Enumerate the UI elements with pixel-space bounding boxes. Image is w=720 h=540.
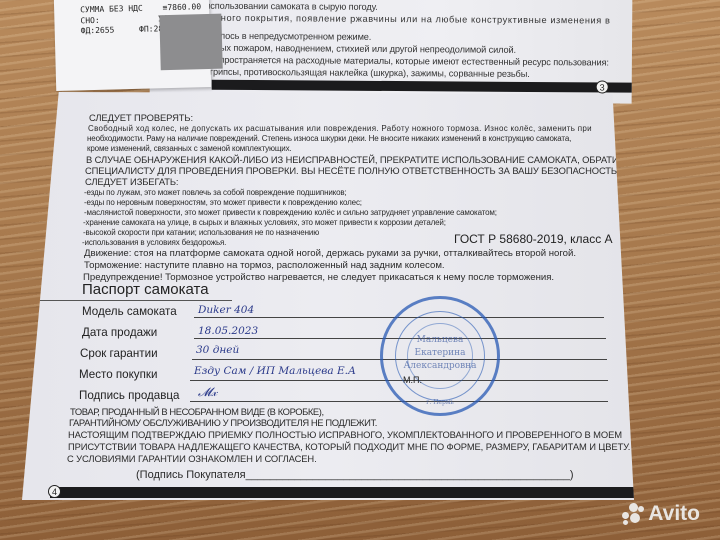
- page-number-4: 4: [48, 485, 61, 498]
- avito-logo-icon: [621, 503, 645, 525]
- passport-title: Паспорт самоката: [82, 281, 209, 298]
- avoid-item: -использования в условиях бездорожья.: [82, 238, 226, 247]
- avoid-item: -высокой скорости при катании; использов…: [83, 228, 319, 237]
- terms-line: ГАРАНТИЙНОМУ ОБСЛУЖИВАНИЮ У ПРОИЗВОДИТЕЛ…: [69, 417, 377, 428]
- terms-line: С УСЛОВИЯМИ ГАРАНТИИ ОЗНАКОМЛЕН И СОГЛАС…: [67, 453, 317, 464]
- field-label-model: Модель самоката: [82, 305, 177, 318]
- page3-line: распространяется на расходные материалы,…: [205, 55, 609, 68]
- terms-line: ПРИСУТСТВИИ ТОВАРА НАДЛЕЖАЩЕГО КАЧЕСТВА,…: [68, 441, 630, 452]
- terms-line: ТОВАР, ПРОДАННЫЙ В НЕСОБРАННОМ ВИДЕ (В К…: [70, 406, 324, 417]
- field-value-place: Езду Сам / ИП Мальцева Е.А: [194, 365, 356, 377]
- check-line: кроме изменений, связанных с заменой ком…: [87, 144, 292, 153]
- page-number-3: 3: [596, 80, 609, 93]
- usage-line: Движение: стоя на платформе самоката одн…: [84, 248, 576, 259]
- check-heading: СЛЕДУЕТ ПРОВЕРЯТЬ:: [89, 112, 193, 123]
- buyer-signature-line: (Подпись Покупателя_____________________…: [136, 469, 574, 481]
- page3-line: , грипсы, противоскользящая наклейка (шк…: [205, 67, 530, 79]
- page-footer-bar: [50, 487, 634, 498]
- warning-line: СПЕЦИАЛИСТУ ДЛЯ ПРОВЕДЕНИЯ ПРОВЕРКИ. ВЫ …: [85, 165, 620, 176]
- avito-brand-text: Avito: [648, 502, 700, 526]
- seller-signature: 𝓜𝓍: [198, 385, 217, 400]
- field-label-seller-signature: Подпись продавца: [79, 389, 179, 402]
- field-value-sale-date: 18.05.2023: [198, 325, 258, 337]
- check-line: необходимости. Раму на наличие поврежден…: [87, 134, 571, 143]
- field-label-place: Место покупки: [79, 368, 157, 381]
- field-label-warranty: Срок гарантии: [80, 347, 158, 360]
- avoid-item: -хранение самоката на улице, в сырых и в…: [83, 218, 446, 227]
- field-value-warranty: 30 дней: [196, 344, 239, 356]
- title-underline: [22, 300, 232, 301]
- seller-seal-stamp: Мальцева Екатерина Александровна М.П. г.…: [380, 296, 500, 416]
- redacted-qr-code: [159, 14, 222, 71]
- avoid-item: -езды по неровным поверхностям, это може…: [84, 198, 362, 207]
- check-line: Свободный ход колес, не допускать их рас…: [88, 124, 592, 133]
- warning-line: В СЛУЧАЕ ОБНАРУЖЕНИЯ КАКОЙ-ЛИБО ИЗ НЕИСП…: [86, 154, 651, 165]
- page3-line: использовании самоката в сырую погоду.: [205, 1, 377, 12]
- avoid-heading: СЛЕДУЕТ ИЗБЕГАТЬ:: [85, 176, 178, 187]
- gost-standard: ГОСТ Р 58680-2019, класс А: [454, 232, 613, 246]
- receipt-row: СУММА БЕЗ НДС≡7860.00: [80, 2, 201, 14]
- terms-line: НАСТОЯЩИМ ПОДТВЕРЖДАЮ ПРИЕМКУ ПОЛНОСТЬЮ …: [68, 429, 622, 440]
- page-footer-bar: [212, 80, 632, 93]
- stamp-mp: М.П.: [403, 375, 422, 385]
- page3-line: овалось в непредусмотренном режиме.: [205, 31, 371, 42]
- avoid-item: -езды по лужам, это может повлечь за соб…: [84, 188, 347, 197]
- field-value-model: Duker 404: [198, 304, 254, 316]
- page3-line: точного покрытия, появление ржавчины или…: [205, 13, 610, 26]
- page3-line: анных пожаром, наводнением, стихией или …: [205, 43, 516, 55]
- avito-watermark: Avito: [621, 502, 700, 526]
- field-label-sale-date: Дата продажи: [82, 326, 157, 339]
- page-4-warranty-card: СЛЕДУЕТ ПРОВЕРЯТЬ: Свободный ход колес, …: [22, 92, 634, 500]
- usage-line: Торможение: наступите плавно на тормоз, …: [84, 260, 445, 271]
- avoid-item: -маслянистой поверхности, это может прив…: [84, 208, 497, 217]
- stamp-city: г. Пермь: [383, 399, 497, 406]
- cash-receipt: СУММА БЕЗ НДС≡7860.00 СНО:УСН доход ФД:2…: [54, 0, 211, 91]
